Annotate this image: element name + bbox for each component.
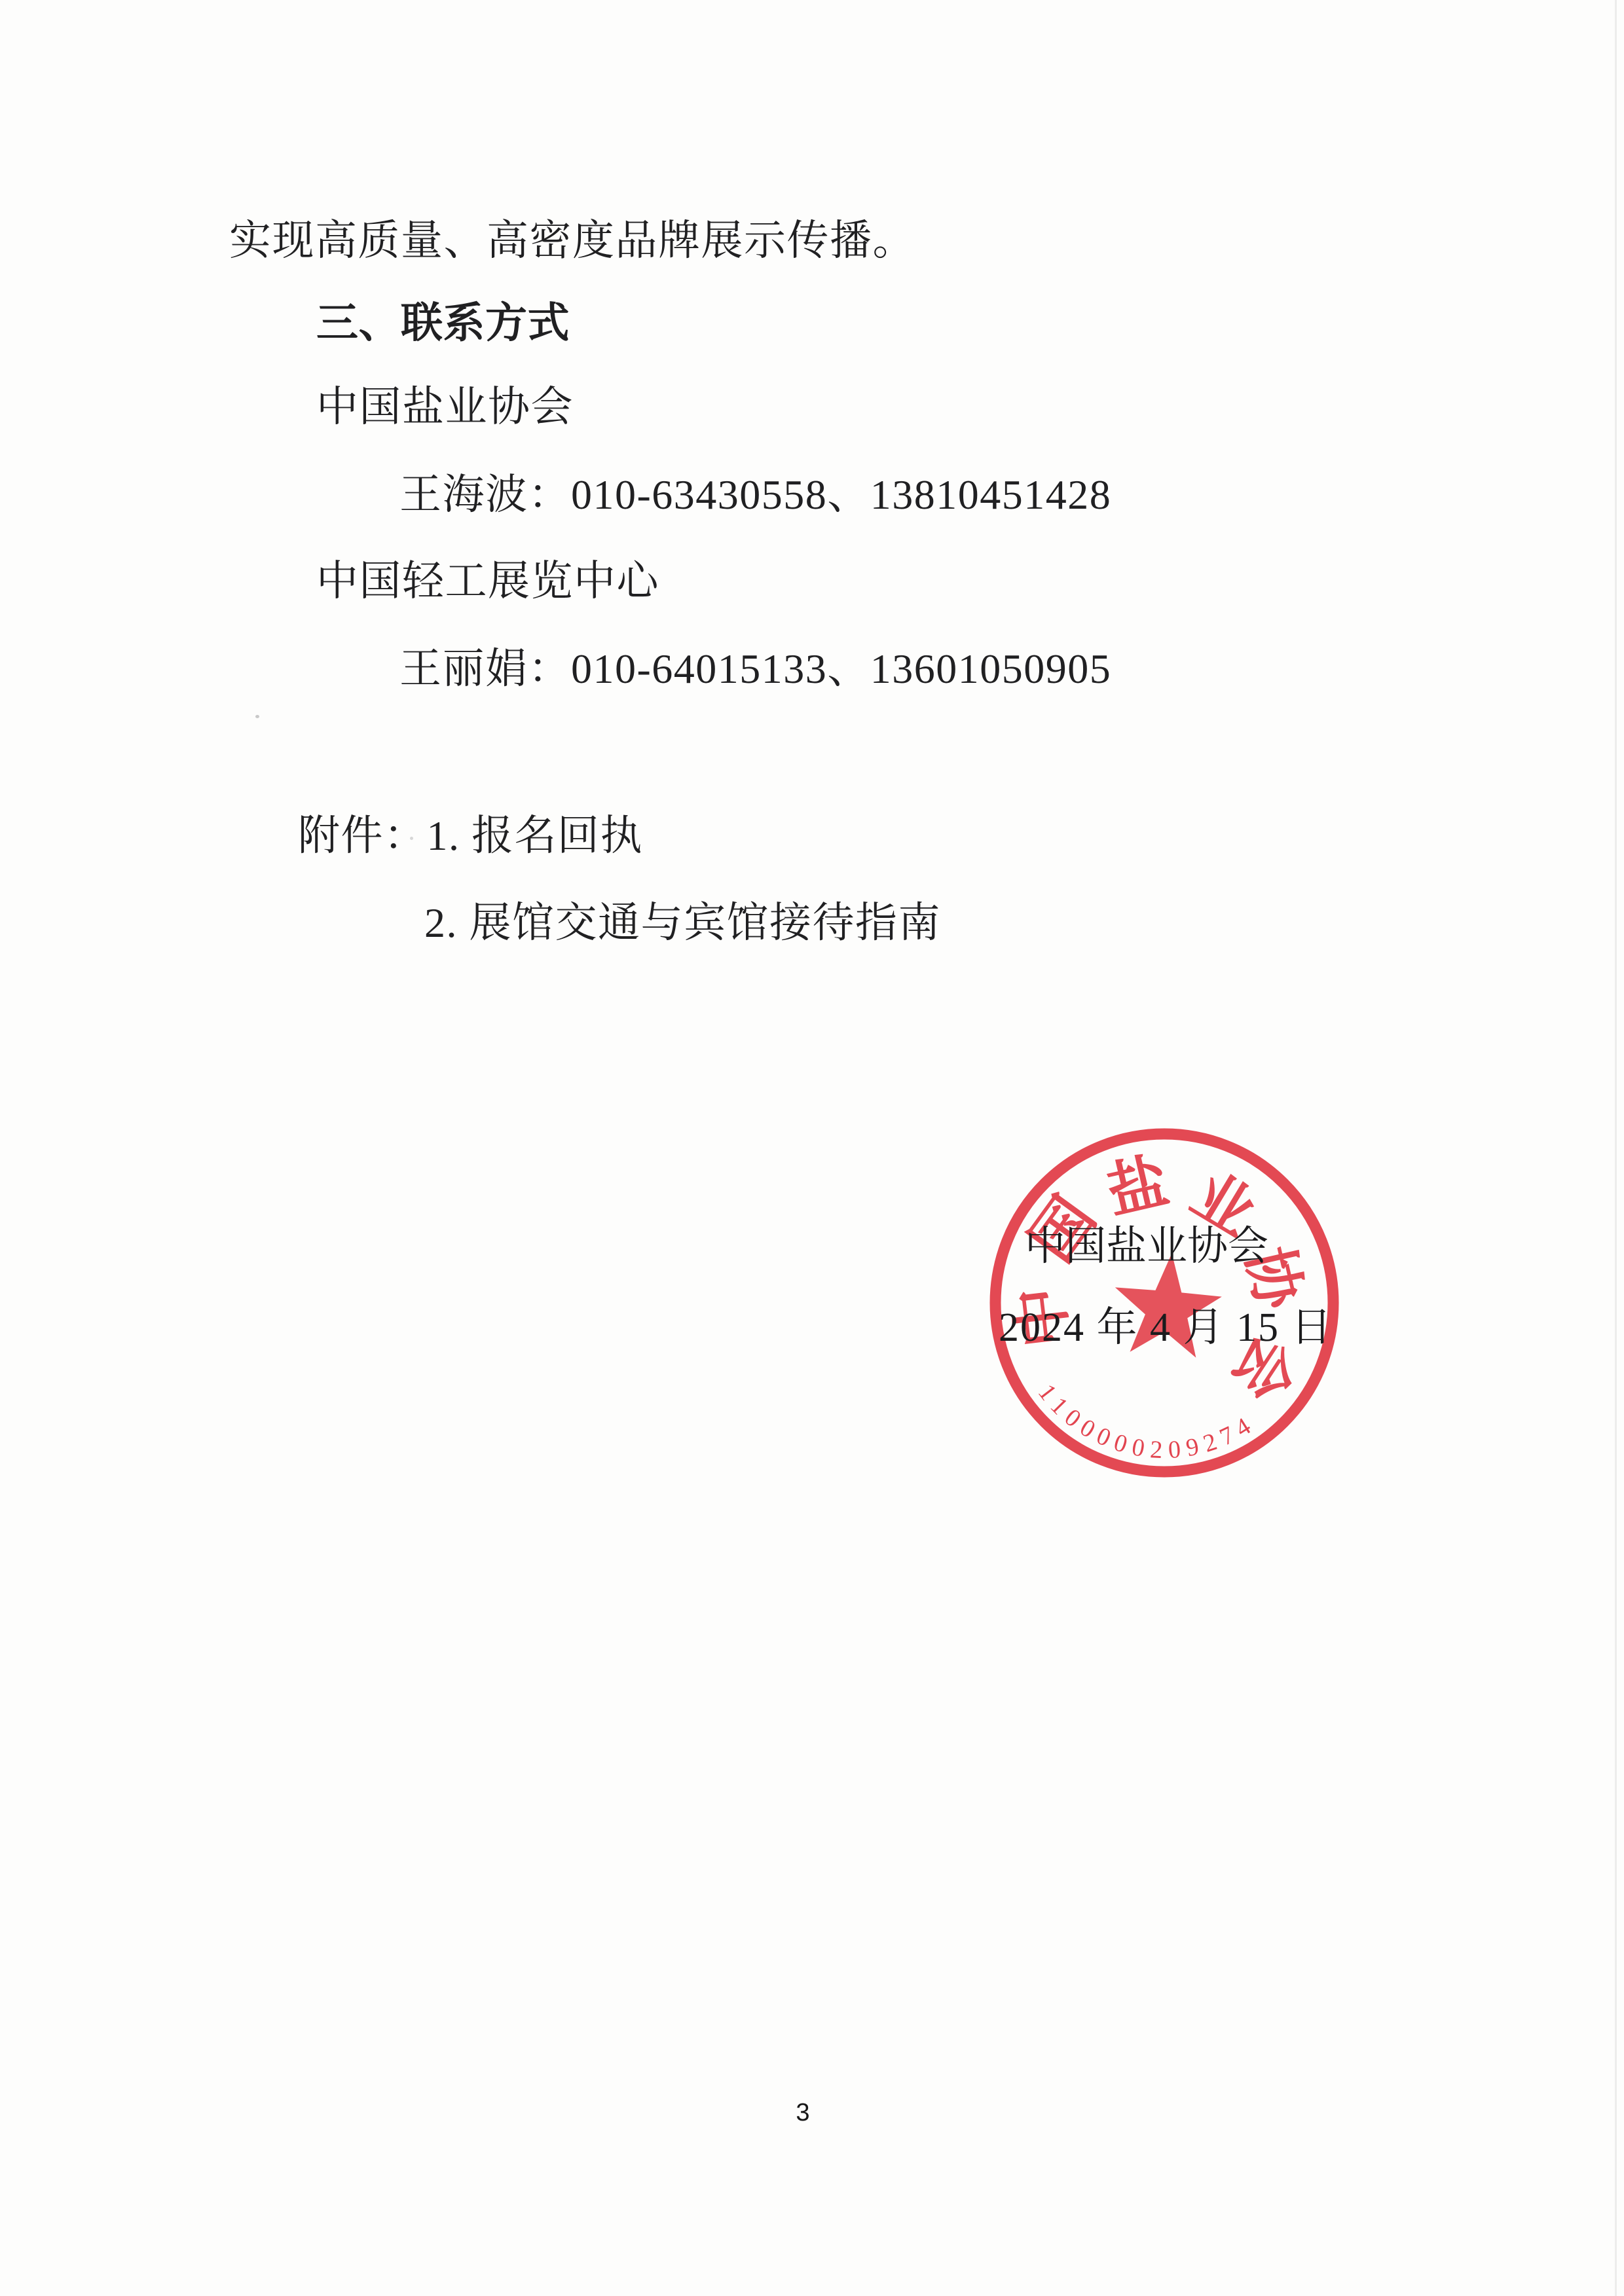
scanned-document-page: 实现高质量、高密度品牌展示传播。三、联系方式中国盐业协会王海波：010-6343… — [0, 0, 1624, 2296]
seal-serial-digit: 2 — [1149, 1436, 1163, 1464]
scan-speckle — [410, 837, 413, 840]
heading-line: 三、联系方式 — [316, 302, 570, 344]
seal-serial-digit: 7 — [1215, 1421, 1238, 1451]
seal-serial-digit: 0 — [1092, 1422, 1115, 1452]
issuer-name: 中国盐业协会 — [1025, 1226, 1268, 1267]
seal-serial-digit: 0 — [1075, 1413, 1100, 1444]
seal-serial-digit: 1 — [1033, 1379, 1062, 1406]
seal-serial-digit: 2 — [1200, 1428, 1220, 1458]
body-line: 中国轻工展览中心 — [316, 560, 659, 602]
seal-char: 盐 — [1101, 1148, 1175, 1226]
seal-serial-digit: 4 — [1230, 1412, 1255, 1442]
seal-ring — [995, 1134, 1333, 1472]
seal-serial-digit: 0 — [1111, 1429, 1131, 1459]
seal-serial-digit: 1 — [1045, 1392, 1073, 1420]
seal-serial-digit: 0 — [1130, 1433, 1147, 1463]
scan-speckle — [255, 715, 259, 718]
seal-serial-digits: 1100000209274 — [1033, 1379, 1255, 1464]
seal-organization-chars: 中国盐业协会 — [1006, 1148, 1313, 1412]
scan-edge-line — [1615, 0, 1617, 2296]
body-line: 王海波：010-63430558、13810451428 — [399, 474, 1111, 516]
body-line: 实现高质量、高密度品牌展示传播。 — [229, 220, 915, 262]
seal-svg: 中国盐业协会 1100000209274 — [935, 1074, 1393, 1532]
official-seal: 中国盐业协会 1100000209274 — [935, 1074, 1393, 1532]
seal-serial-digit: 0 — [1168, 1436, 1182, 1464]
issue-date: 2024 年 4 月 15 日 — [999, 1307, 1333, 1348]
page-number: 3 — [777, 2100, 829, 2125]
seal-serial-digit: 0 — [1060, 1404, 1086, 1433]
body-line: 附件：1. 报名回执 — [298, 815, 643, 857]
body-line: 王丽娟：010-64015133、13601050905 — [399, 648, 1111, 690]
body-line: 中国盐业协会 — [316, 386, 574, 428]
body-line: 2. 展馆交通与宾馆接待指南 — [424, 902, 941, 944]
seal-serial-digit: 9 — [1184, 1432, 1202, 1462]
